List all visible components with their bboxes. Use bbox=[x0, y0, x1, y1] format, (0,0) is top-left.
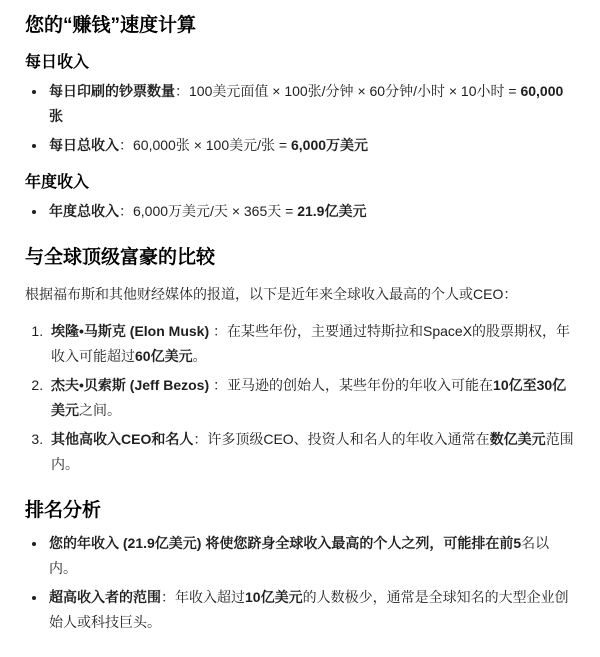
heading-speed-calc: 您的“赚钱”速度计算 bbox=[25, 14, 576, 38]
list-item-daily-bills: 每日印刷的钞票数量：100美元面值 × 100张/分钟 × 60分钟/小时 × … bbox=[47, 79, 576, 129]
text-run: 。 bbox=[193, 348, 207, 364]
ranking-list: 您的年收入 (21.9亿美元) 将使您跻身全球收入最高的个人之列，可能排在前5名… bbox=[25, 531, 576, 635]
list-item-annual-total: 年度总收入：6,000万美元/天 × 365天 = 21.9亿美元 bbox=[47, 199, 576, 224]
bold-amount: 60亿美元 bbox=[135, 348, 193, 364]
text-run: ：100美元面值 × 100张/分钟 × 60分钟/小时 × 10小时 = bbox=[175, 83, 520, 99]
bold-name: 埃隆•马斯克 (Elon Musk) bbox=[51, 323, 209, 339]
daily-income-list: 每日印刷的钞票数量：100美元面值 × 100张/分钟 × 60分钟/小时 × … bbox=[25, 79, 576, 158]
text-run: ：6,000万美元/天 × 365天 = bbox=[119, 203, 297, 219]
text-run: ：60,000张 × 100美元/张 = bbox=[119, 137, 291, 153]
bold-label: 超高收入者的范围 bbox=[49, 589, 161, 605]
bold-lead: 您的年收入 (21.9亿美元) 将使您跻身全球收入最高的个人之列，可能排在前5 bbox=[49, 535, 521, 551]
bold-label: 每日印刷的钞票数量 bbox=[49, 83, 175, 99]
list-item-other-ceos: 其他高收入CEO和名人：许多顶级CEO、投资人和名人的年收入通常在数亿美元范围内… bbox=[47, 427, 576, 477]
text-run: 之间。 bbox=[79, 402, 121, 418]
subheading-annual-income: 年度收入 bbox=[25, 172, 576, 193]
rich-people-list: 埃隆•马斯克 (Elon Musk) ：在某些年份，主要通过特斯拉和SpaceX… bbox=[25, 319, 576, 477]
heading-ranking: 排名分析 bbox=[25, 499, 576, 523]
heading-comparison: 与全球顶级富豪的比较 bbox=[25, 246, 576, 270]
list-item-your-income: 您的年收入 (21.9亿美元) 将使您跻身全球收入最高的个人之列，可能排在前5名… bbox=[47, 531, 576, 581]
bold-result: 21.9亿美元 bbox=[297, 203, 366, 219]
list-item-musk: 埃隆•马斯克 (Elon Musk) ：在某些年份，主要通过特斯拉和SpaceX… bbox=[47, 319, 576, 369]
bold-name: 杰夫•贝索斯 (Jeff Bezos) bbox=[51, 377, 209, 393]
annual-income-list: 年度总收入：6,000万美元/天 × 365天 = 21.9亿美元 bbox=[25, 199, 576, 224]
list-item-daily-total: 每日总收入：60,000张 × 100美元/张 = 6,000万美元 bbox=[47, 133, 576, 158]
comparison-intro: 根据福布斯和其他财经媒体的报道，以下是近年来全球收入最高的个人或CEO： bbox=[25, 282, 576, 307]
bold-amount: 数亿美元 bbox=[490, 431, 546, 447]
text-run: ：亚马逊的创始人，某些年份的年收入可能在 bbox=[209, 377, 493, 393]
bold-name: 其他高收入CEO和名人 bbox=[51, 431, 193, 447]
list-item-scope: 超高收入者的范围：年收入超过10亿美元的人数极少，通常是全球知名的大型企业创始人… bbox=[47, 585, 576, 635]
text-run: ：年收入超过 bbox=[161, 589, 245, 605]
bold-amount: 10亿美元 bbox=[245, 589, 303, 605]
list-item-bezos: 杰夫•贝索斯 (Jeff Bezos) ：亚马逊的创始人，某些年份的年收入可能在… bbox=[47, 373, 576, 423]
text-run: ：许多顶级CEO、投资人和名人的年收入通常在 bbox=[193, 431, 489, 447]
markdown-document: 您的“赚钱”速度计算 每日收入 每日印刷的钞票数量：100美元面值 × 100张… bbox=[0, 0, 600, 657]
bold-label: 每日总收入 bbox=[49, 137, 119, 153]
bold-result: 6,000万美元 bbox=[291, 137, 368, 153]
bold-label: 年度总收入 bbox=[49, 203, 119, 219]
subheading-daily-income: 每日收入 bbox=[25, 52, 576, 73]
